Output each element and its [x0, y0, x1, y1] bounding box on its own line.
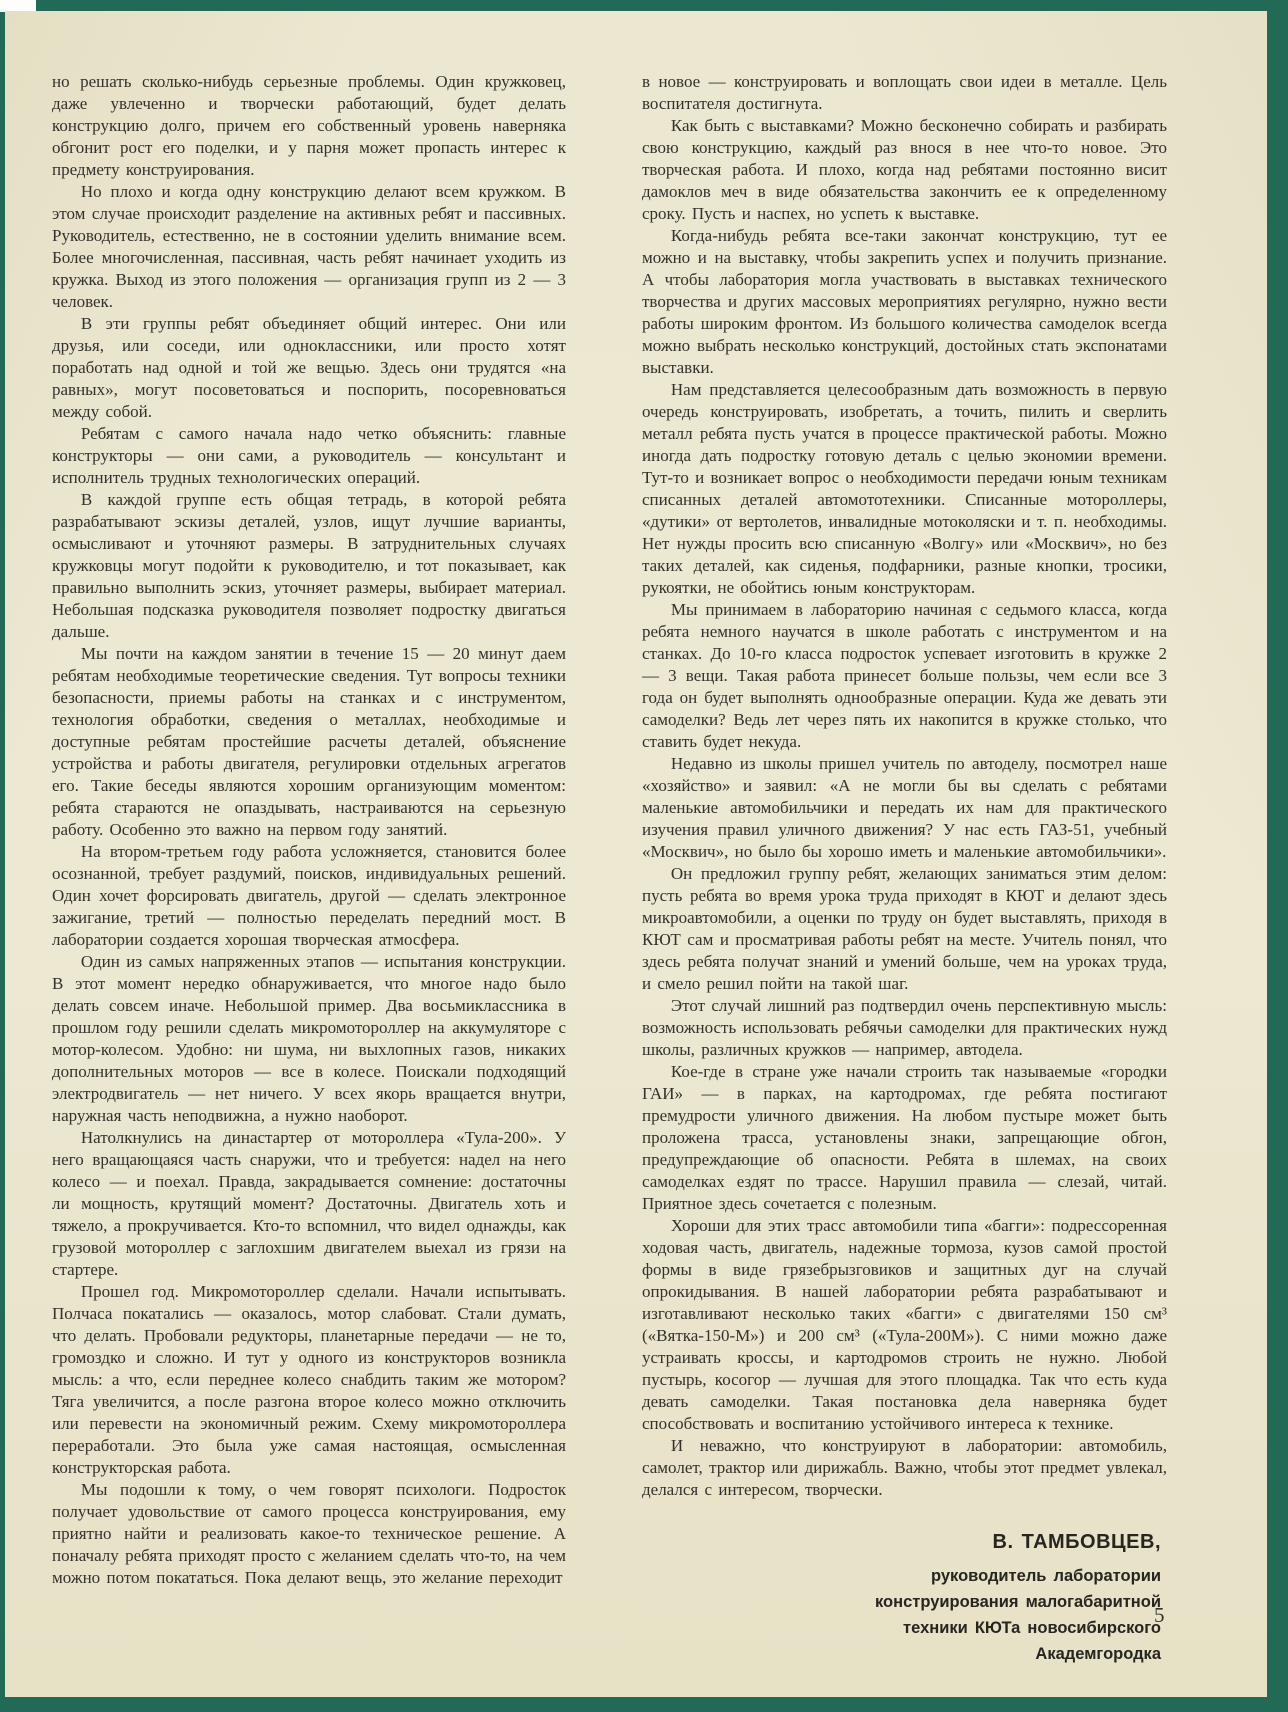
article-paragraph: Как быть с выставками? Можно бесконечно …: [642, 115, 1167, 225]
page-number: 5: [1154, 1603, 1165, 1628]
author-role-line: техники КЮТа новосибирского: [642, 1615, 1161, 1641]
article-paragraph: Прошел год. Микромотороллер сделали. Нач…: [52, 1281, 566, 1479]
scanned-magazine-page: но решать сколько-нибудь серьезные пробл…: [0, 0, 1288, 1712]
author-role-line: Академгородка: [642, 1641, 1161, 1667]
article-paragraph: но решать сколько-нибудь серьезные пробл…: [52, 71, 566, 181]
article-paragraph: Недавно из школы пришел учитель по автод…: [642, 753, 1167, 863]
article-paragraph: Нам представляется целесообразным дать в…: [642, 379, 1167, 599]
article-paragraph: Он предложил группу ребят, желающих зани…: [642, 863, 1167, 995]
signature-block: В. ТАМБОВЦЕВ, руководитель лабораториико…: [642, 1529, 1167, 1667]
article-paragraph: В эти группы ребят объединяет общий инте…: [52, 313, 566, 423]
article-paragraph: Мы принимаем в лабораторию начиная с сед…: [642, 599, 1167, 753]
author-name: В. ТАМБОВЦЕВ,: [642, 1529, 1161, 1555]
article-paragraph: Хороши для этих трасс автомобили типа «б…: [642, 1215, 1167, 1435]
article-paragraph: в новое — конструировать и воплощать сво…: [642, 71, 1167, 115]
article-paragraph: Ребятам с самого начала надо четко объяс…: [52, 423, 566, 489]
article-column-right: в новое — конструировать и воплощать сво…: [642, 71, 1167, 1667]
author-role: руководитель лабораторииконструирования …: [642, 1563, 1161, 1667]
article-paragraph: Кое-где в стране уже начали строить так …: [642, 1061, 1167, 1215]
article-column-right-text: в новое — конструировать и воплощать сво…: [642, 71, 1167, 1501]
article-paragraph: Когда-нибудь ребята все-таки закончат ко…: [642, 225, 1167, 379]
article-paragraph: Этот случай лишний раз подтвердил очень …: [642, 995, 1167, 1061]
paper: но решать сколько-нибудь серьезные пробл…: [5, 11, 1267, 1697]
author-role-line: руководитель лаборатории: [642, 1563, 1161, 1589]
article-paragraph: И неважно, что конструируют в лаборатори…: [642, 1435, 1167, 1501]
article-paragraph: В каждой группе есть общая тетрадь, в ко…: [52, 489, 566, 643]
article-paragraph: Мы почти на каждом занятии в течение 15 …: [52, 643, 566, 841]
article-paragraph: На втором-третьем году работа усложняетс…: [52, 841, 566, 951]
article-column-left: но решать сколько-нибудь серьезные пробл…: [52, 71, 566, 1589]
article-paragraph: Один из самых напряженных этапов — испыт…: [52, 951, 566, 1127]
article-paragraph: Натолкнулись на династартер от моторолле…: [52, 1127, 566, 1281]
article-paragraph: Но плохо и когда одну конструкцию делают…: [52, 181, 566, 313]
article-paragraph: Мы подошли к тому, о чем говорят психоло…: [52, 1479, 566, 1589]
author-role-line: конструирования малогабаритной: [642, 1589, 1161, 1615]
